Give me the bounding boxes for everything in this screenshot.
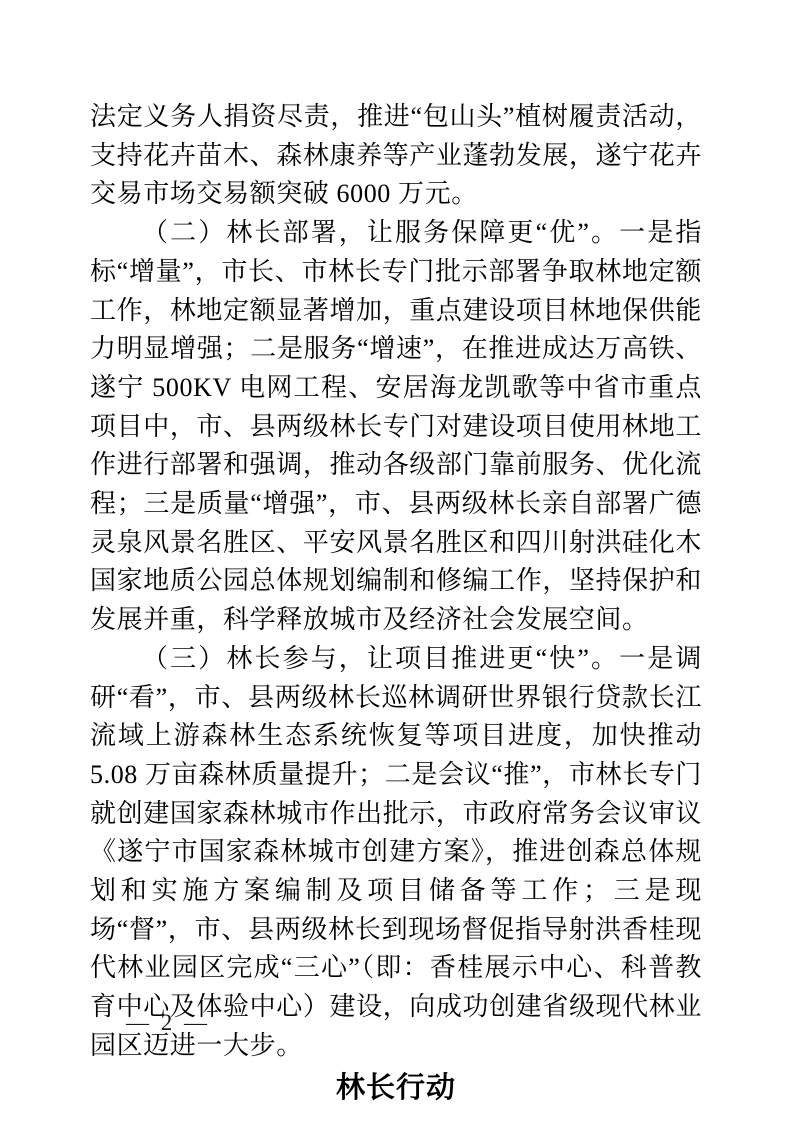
- paragraph-section-3: （三）林长参与，让项目推进更“快”。一是调研“看”，市、县两级林长巡林调研世界银…: [90, 640, 702, 1066]
- paragraph-continuation: 法定义务人捐资尽责，推进“包山头”植树履责活动，支持花卉苗木、森林康养等产业蓬勃…: [90, 98, 702, 214]
- section-heading: 林长行动: [90, 1069, 702, 1108]
- paragraph-section-2: （二）林长部署，让服务保障更“优”。一是指标“增量”，市长、市林长专门批示部署争…: [90, 214, 702, 640]
- page-number: — 2 —: [126, 1010, 210, 1036]
- document-page: 法定义务人捐资尽责，推进“包山头”植树履责活动，支持花卉苗木、森林康养等产业蓬勃…: [0, 0, 793, 1122]
- document-body: 法定义务人捐资尽责，推进“包山头”植树履责活动，支持花卉苗木、森林康养等产业蓬勃…: [90, 98, 702, 1107]
